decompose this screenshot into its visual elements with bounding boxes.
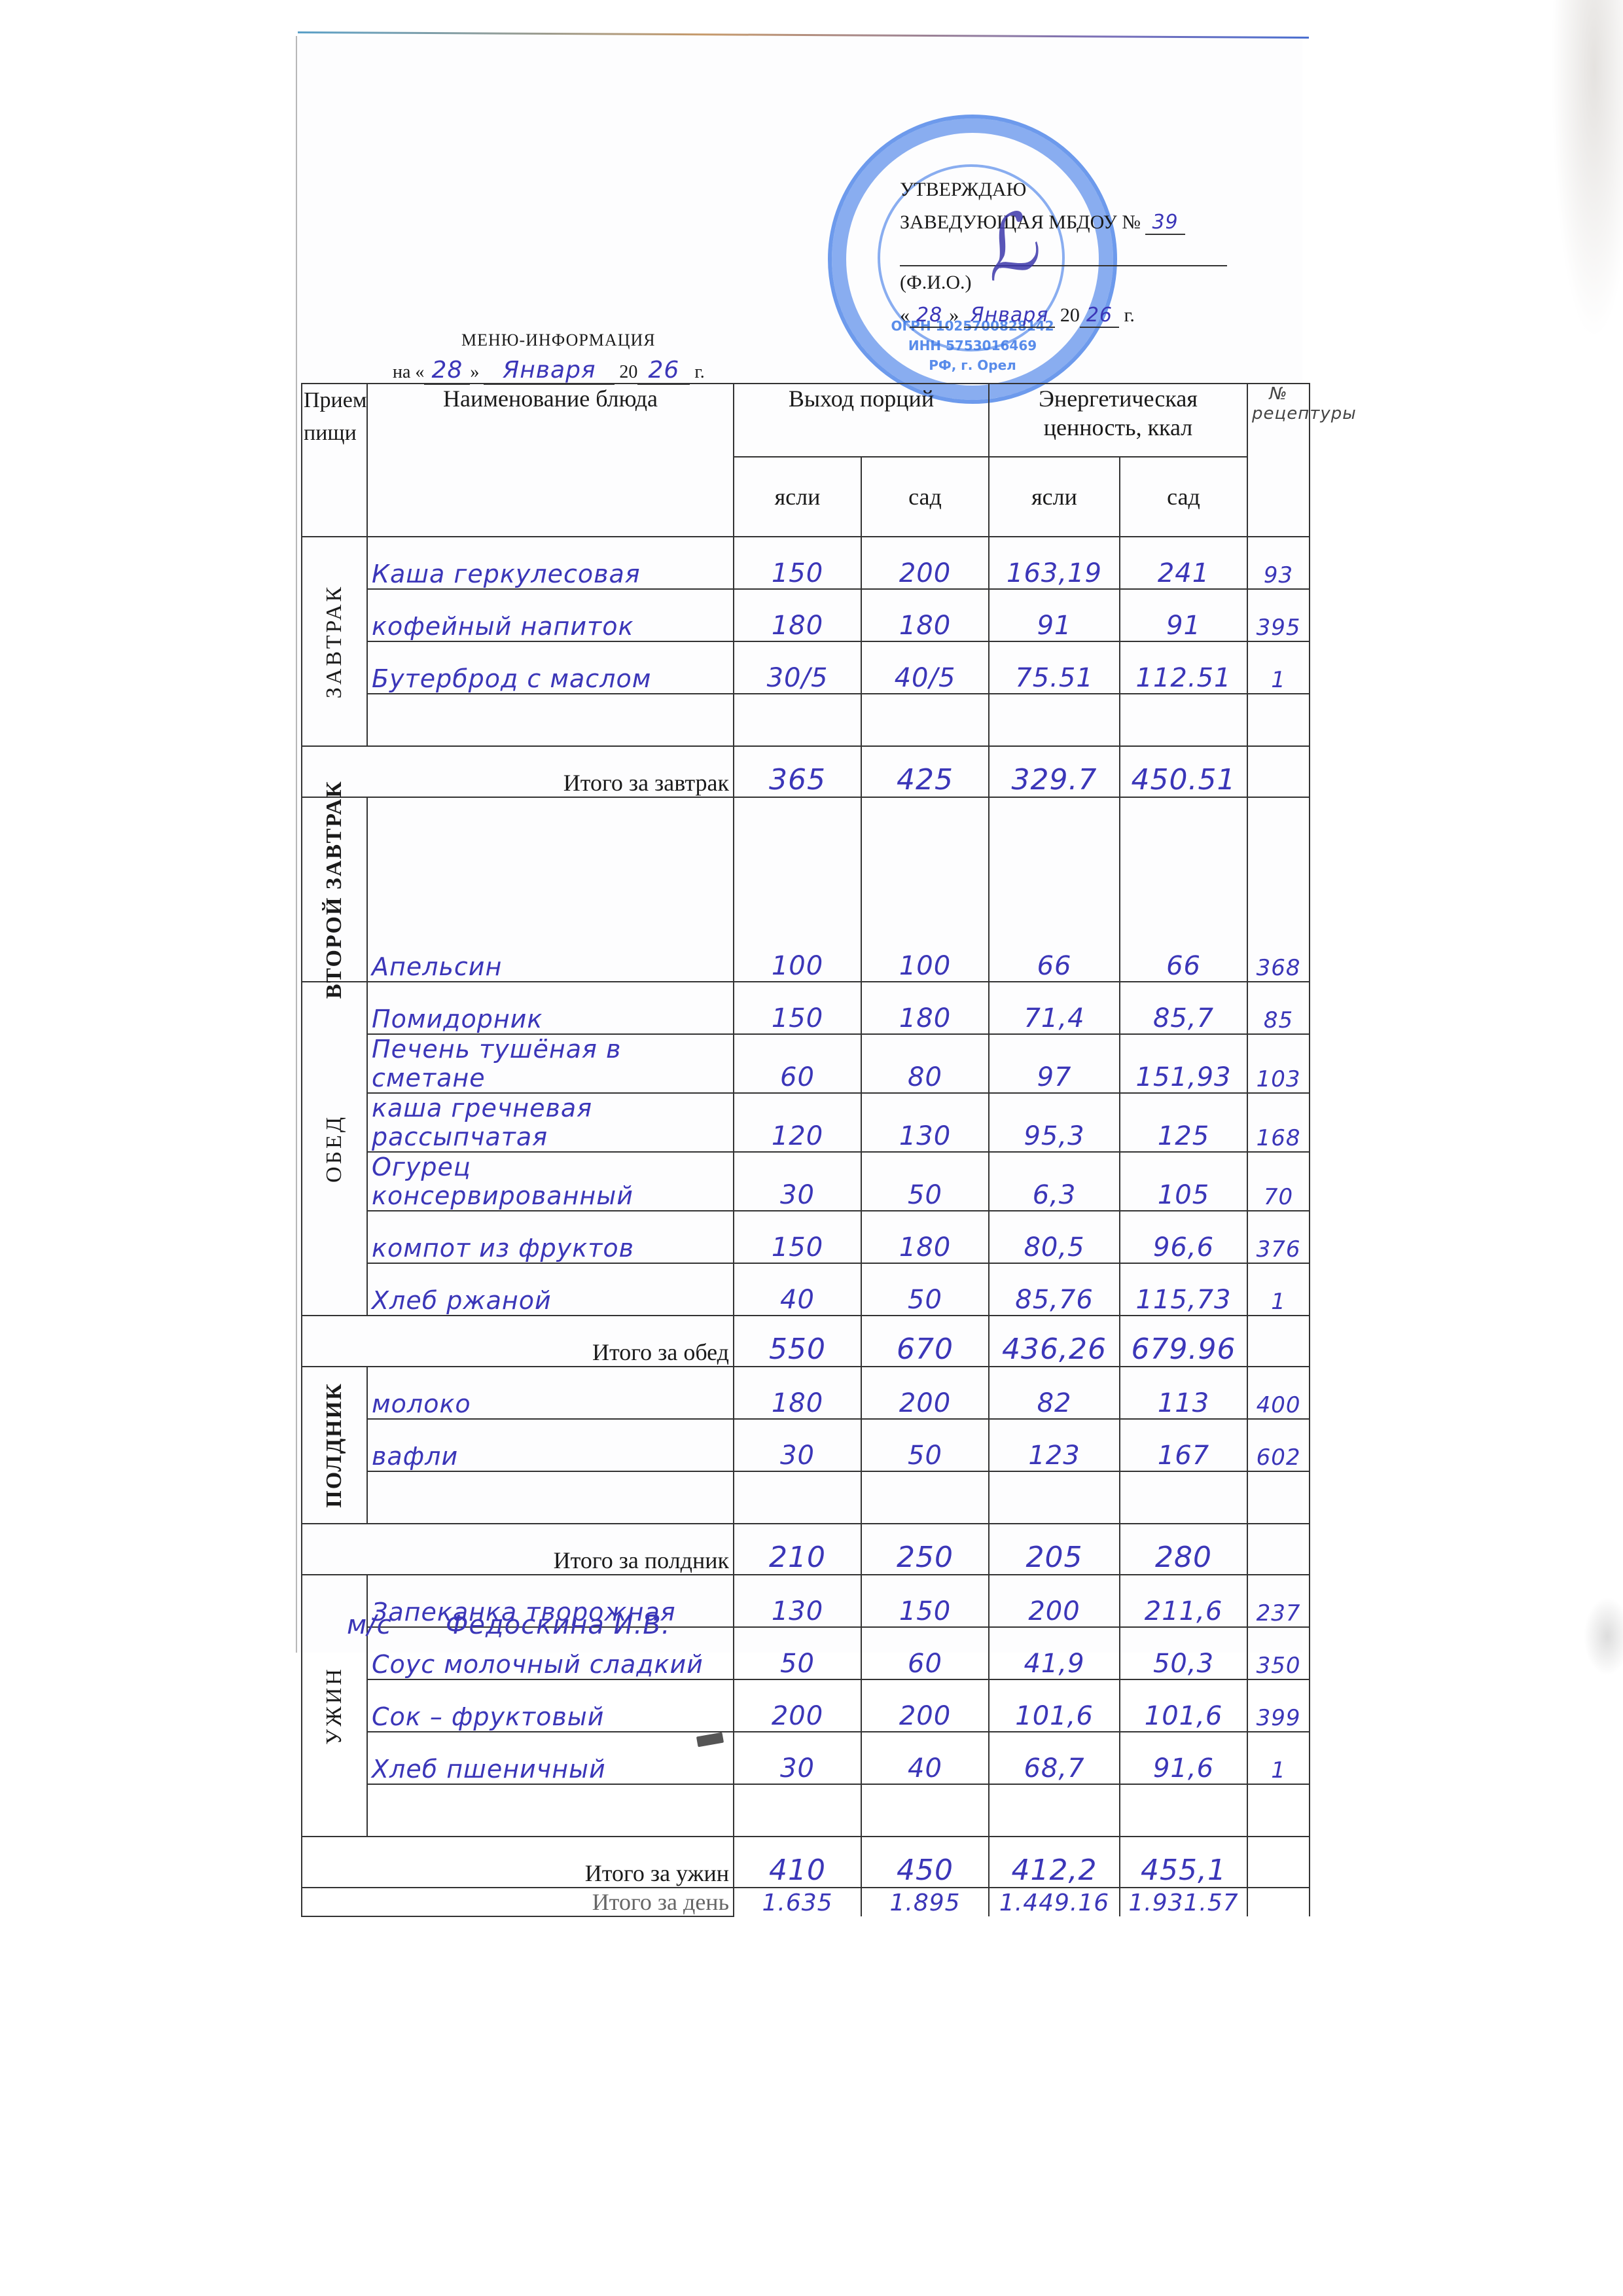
total-label: Итого за завтрак — [302, 746, 734, 797]
total-kcal-nursery: 205 — [989, 1524, 1120, 1575]
header-row: Прием пищи Наименование блюда Выход порц… — [302, 384, 1310, 457]
kcal-nursery: 95,3 — [989, 1093, 1120, 1152]
empty-cell — [734, 694, 861, 746]
meal-label: ОБЕД — [323, 1115, 346, 1183]
portion-nursery: 30 — [734, 1419, 861, 1471]
table-row: каша гречневая рассыпчатая12013095,31251… — [302, 1093, 1310, 1152]
portion-nursery: 150 — [734, 982, 861, 1034]
portion-garden: 200 — [861, 537, 989, 589]
empty-cell — [367, 1471, 734, 1524]
kcal-nursery: 101,6 — [989, 1679, 1120, 1732]
kcal-garden: 125 — [1120, 1093, 1247, 1152]
recipe-number: 399 — [1247, 1679, 1310, 1732]
daily-portion-nursery: 1.635 — [734, 1888, 861, 1916]
meal-label: УЖИН — [323, 1666, 346, 1745]
table-row: Хлеб пшеничный304068,791,61 — [302, 1732, 1310, 1784]
portion-nursery: 40 — [734, 1263, 861, 1316]
recipe-number: 103 — [1247, 1034, 1310, 1093]
kcal-garden: 112.51 — [1120, 641, 1247, 694]
empty-row — [302, 1471, 1310, 1524]
total-portion-garden: 450 — [861, 1837, 989, 1888]
portion-nursery: 130 — [734, 1575, 861, 1627]
empty-cell — [367, 694, 734, 746]
empty-cell — [1247, 1837, 1310, 1888]
daily-total-label: Итого за день — [302, 1888, 734, 1916]
kcal-nursery: 41,9 — [989, 1627, 1120, 1679]
portion-garden: 180 — [861, 589, 989, 641]
dish-name: компот из фруктов — [367, 1211, 734, 1263]
scan-smudge — [1584, 1597, 1623, 1676]
kcal-nursery: 66 — [989, 797, 1120, 982]
empty-cell — [861, 1471, 989, 1524]
portion-nursery: 50 — [734, 1627, 861, 1679]
dish-name: Помидорник — [367, 982, 734, 1034]
empty-cell — [989, 694, 1120, 746]
recipe-number: 70 — [1247, 1152, 1310, 1211]
recipe-number: 93 — [1247, 537, 1310, 589]
total-label: Итого за обед — [302, 1316, 734, 1367]
portion-garden: 50 — [861, 1419, 989, 1471]
recipe-number: 395 — [1247, 589, 1310, 641]
document-date: на «28» Января 2026 г. — [393, 357, 705, 385]
meal-label-cell: ОБЕД — [302, 982, 367, 1316]
empty-cell — [861, 694, 989, 746]
empty-cell — [1247, 1888, 1310, 1916]
portion-garden: 130 — [861, 1093, 989, 1152]
dish-name: Бутерброд с маслом — [367, 641, 734, 694]
empty-cell — [1120, 694, 1247, 746]
kcal-nursery: 91 — [989, 589, 1120, 641]
table-row: Огурец консервированный30506,310570 — [302, 1152, 1310, 1211]
header-dish: Наименование блюда — [367, 384, 734, 537]
portion-nursery: 180 — [734, 589, 861, 641]
table-row: Хлеб ржаной405085,76115,731 — [302, 1263, 1310, 1316]
kcal-garden: 115,73 — [1120, 1263, 1247, 1316]
total-portion-nursery: 550 — [734, 1316, 861, 1367]
portion-garden: 100 — [861, 797, 989, 982]
empty-cell — [734, 1471, 861, 1524]
total-row: Итого за обед550670436,26679.96 — [302, 1316, 1310, 1367]
daily-portion-garden: 1.895 — [861, 1888, 989, 1916]
total-kcal-garden: 679.96 — [1120, 1316, 1247, 1367]
header-energy: Энергетическая ценность, ккал — [989, 384, 1247, 457]
table-row: компот из фруктов15018080,596,6376 — [302, 1211, 1310, 1263]
empty-cell — [367, 1784, 734, 1837]
recipe-number: 1 — [1247, 1263, 1310, 1316]
kcal-nursery: 123 — [989, 1419, 1120, 1471]
table-row: ЗАВТРАККаша геркулесовая150200163,192419… — [302, 537, 1310, 589]
kcal-nursery: 68,7 — [989, 1732, 1120, 1784]
recipe-number: 400 — [1247, 1367, 1310, 1419]
date-year-suffix: 26 — [637, 357, 690, 385]
total-label: Итого за полдник — [302, 1524, 734, 1575]
dish-name: Хлеб ржаной — [367, 1263, 734, 1316]
portion-nursery: 150 — [734, 1211, 861, 1263]
date-prefix: на « — [393, 362, 424, 382]
kcal-garden: 50,3 — [1120, 1627, 1247, 1679]
total-kcal-nursery: 436,26 — [989, 1316, 1120, 1367]
scan-smudge — [1551, 0, 1623, 340]
meal-label-cell: ВТОРОЙ ЗАВТРАК — [302, 797, 367, 982]
date-year-unit: г. — [694, 362, 704, 382]
dish-name: Печень тушёная в сметане — [367, 1034, 734, 1093]
kcal-garden: 105 — [1120, 1152, 1247, 1211]
approval-day: 28 — [910, 304, 949, 328]
total-row: Итого за завтрак365425329.7450.51 — [302, 746, 1310, 797]
daily-total-row: Итого за день1.6351.8951.449.161.931.57 — [302, 1888, 1310, 1916]
header-energy-garden: сад — [1120, 457, 1247, 537]
empty-cell — [1247, 694, 1310, 746]
dish-name: Сок – фруктовый — [367, 1679, 734, 1732]
total-portion-garden: 250 — [861, 1524, 989, 1575]
empty-cell — [989, 1471, 1120, 1524]
total-kcal-garden: 450.51 — [1120, 746, 1247, 797]
empty-cell — [861, 1784, 989, 1837]
dish-name: Каша геркулесовая — [367, 537, 734, 589]
approval-year-unit: г. — [1124, 304, 1135, 326]
table-row: вафли3050123167602 — [302, 1419, 1310, 1471]
date-day: 28 — [424, 357, 470, 385]
kcal-garden: 91 — [1120, 589, 1247, 641]
total-kcal-garden: 280 — [1120, 1524, 1247, 1575]
header-energy-nursery: ясли — [989, 457, 1120, 537]
kcal-garden: 66 — [1120, 797, 1247, 982]
kcal-nursery: 75.51 — [989, 641, 1120, 694]
daily-kcal-nursery: 1.449.16 — [989, 1888, 1120, 1916]
table-row: ПОЛДНИКмолоко18020082113400 — [302, 1367, 1310, 1419]
empty-cell — [1247, 1471, 1310, 1524]
kcal-nursery: 71,4 — [989, 982, 1120, 1034]
dish-name: каша гречневая рассыпчатая — [367, 1093, 734, 1152]
empty-cell — [1247, 1316, 1310, 1367]
kcal-garden: 167 — [1120, 1419, 1247, 1471]
empty-cell — [989, 1784, 1120, 1837]
recipe-number: 1 — [1247, 641, 1310, 694]
kcal-nursery: 6,3 — [989, 1152, 1120, 1211]
meal-label: ВТОРОЙ ЗАВТРАК — [323, 780, 346, 999]
total-kcal-nursery: 329.7 — [989, 746, 1120, 797]
kcal-garden: 211,6 — [1120, 1575, 1247, 1627]
kcal-garden: 96,6 — [1120, 1211, 1247, 1263]
table-row: Бутерброд с маслом30/540/575.51112.511 — [302, 641, 1310, 694]
dish-name: вафли — [367, 1419, 734, 1471]
meal-label: ЗАВТРАК — [323, 584, 346, 698]
portion-nursery: 150 — [734, 537, 861, 589]
empty-cell — [1247, 1524, 1310, 1575]
header-portion-garden: сад — [861, 457, 989, 537]
total-kcal-nursery: 412,2 — [989, 1837, 1120, 1888]
kcal-garden: 85,7 — [1120, 982, 1247, 1034]
recipe-number: 350 — [1247, 1627, 1310, 1679]
date-month: Января — [484, 357, 615, 385]
date-year-prefix: 20 — [619, 362, 637, 382]
portion-garden: 50 — [861, 1263, 989, 1316]
header-portion-nursery: ясли — [734, 457, 861, 537]
empty-row — [302, 694, 1310, 746]
daily-kcal-garden: 1.931.57 — [1120, 1888, 1247, 1916]
recipe-number: 1 — [1247, 1732, 1310, 1784]
footer-signer: Федоскина И.В. — [446, 1610, 671, 1640]
footer-signature: м/с Федоскина И.В. — [347, 1610, 670, 1640]
meal-label: ПОЛДНИК — [323, 1382, 346, 1507]
dish-name: молоко — [367, 1367, 734, 1419]
kcal-garden: 101,6 — [1120, 1679, 1247, 1732]
portion-nursery: 30/5 — [734, 641, 861, 694]
kcal-garden: 241 — [1120, 537, 1247, 589]
empty-cell — [1247, 746, 1310, 797]
portion-nursery: 200 — [734, 1679, 861, 1732]
empty-cell — [734, 1784, 861, 1837]
portion-nursery: 30 — [734, 1732, 861, 1784]
empty-cell — [1247, 1784, 1310, 1837]
total-portion-garden: 670 — [861, 1316, 989, 1367]
recipe-number: 376 — [1247, 1211, 1310, 1263]
empty-row — [302, 1784, 1310, 1837]
kcal-nursery: 85,76 — [989, 1263, 1120, 1316]
total-label: Итого за ужин — [302, 1837, 734, 1888]
portion-garden: 40/5 — [861, 641, 989, 694]
total-kcal-garden: 455,1 — [1120, 1837, 1247, 1888]
table-row: ВТОРОЙ ЗАВТРАКАпельсин1001006666368 — [302, 797, 1310, 982]
total-portion-garden: 425 — [861, 746, 989, 797]
portion-garden: 50 — [861, 1152, 989, 1211]
dish-name: Апельсин — [367, 797, 734, 982]
portion-garden: 150 — [861, 1575, 989, 1627]
document-title: МЕНЮ-ИНФОРМАЦИЯ — [461, 331, 656, 350]
table-row: Сок – фруктовый200200101,6101,6399 — [302, 1679, 1310, 1732]
date-mid: » — [470, 362, 479, 382]
dish-name: Хлеб пшеничный — [367, 1732, 734, 1784]
kcal-nursery: 82 — [989, 1367, 1120, 1419]
page-left-edge — [296, 36, 297, 1653]
total-portion-nursery: 365 — [734, 746, 861, 797]
portion-nursery: 120 — [734, 1093, 861, 1152]
kcal-nursery: 163,19 — [989, 537, 1120, 589]
header-portion: Выход порций — [734, 384, 989, 457]
total-row: Итого за ужин410450412,2455,1 — [302, 1837, 1310, 1888]
menu-table: Прием пищи Наименование блюда Выход порц… — [301, 383, 1310, 1917]
portion-nursery: 100 — [734, 797, 861, 982]
dish-name: Огурец консервированный — [367, 1152, 734, 1211]
empty-cell — [1120, 1784, 1247, 1837]
kcal-nursery: 80,5 — [989, 1211, 1120, 1263]
kcal-garden: 91,6 — [1120, 1732, 1247, 1784]
recipe-number: 168 — [1247, 1093, 1310, 1152]
header-recipe: № рецептуры — [1247, 384, 1310, 537]
portion-garden: 180 — [861, 1211, 989, 1263]
recipe-number: 237 — [1247, 1575, 1310, 1627]
total-portion-nursery: 410 — [734, 1837, 861, 1888]
portion-garden: 60 — [861, 1627, 989, 1679]
portion-nursery: 60 — [734, 1034, 861, 1093]
table-row: ОБЕДПомидорник15018071,485,785 — [302, 982, 1310, 1034]
recipe-number: 368 — [1247, 797, 1310, 982]
portion-nursery: 30 — [734, 1152, 861, 1211]
menu-body: ЗАВТРАККаша геркулесовая150200163,192419… — [302, 537, 1310, 1916]
portion-garden: 80 — [861, 1034, 989, 1093]
portion-garden: 200 — [861, 1367, 989, 1419]
empty-cell — [1120, 1471, 1247, 1524]
total-portion-nursery: 210 — [734, 1524, 861, 1575]
recipe-number: 85 — [1247, 982, 1310, 1034]
total-row: Итого за полдник210250205280 — [302, 1524, 1310, 1575]
portion-garden: 200 — [861, 1679, 989, 1732]
header-meal: Прием пищи — [302, 384, 367, 537]
kcal-nursery: 200 — [989, 1575, 1120, 1627]
portion-nursery: 180 — [734, 1367, 861, 1419]
kcal-garden: 113 — [1120, 1367, 1247, 1419]
table-row: кофейный напиток1801809191395 — [302, 589, 1310, 641]
kcal-garden: 151,93 — [1120, 1034, 1247, 1093]
meal-label-cell: ЗАВТРАК — [302, 537, 367, 746]
portion-garden: 180 — [861, 982, 989, 1034]
kcal-nursery: 97 — [989, 1034, 1120, 1093]
table-row: Печень тушёная в сметане608097151,93103 — [302, 1034, 1310, 1093]
footer-role: м/с — [347, 1610, 392, 1640]
meal-label-cell: ПОЛДНИК — [302, 1367, 367, 1524]
recipe-number: 602 — [1247, 1419, 1310, 1471]
dish-name: кофейный напиток — [367, 589, 734, 641]
portion-garden: 40 — [861, 1732, 989, 1784]
